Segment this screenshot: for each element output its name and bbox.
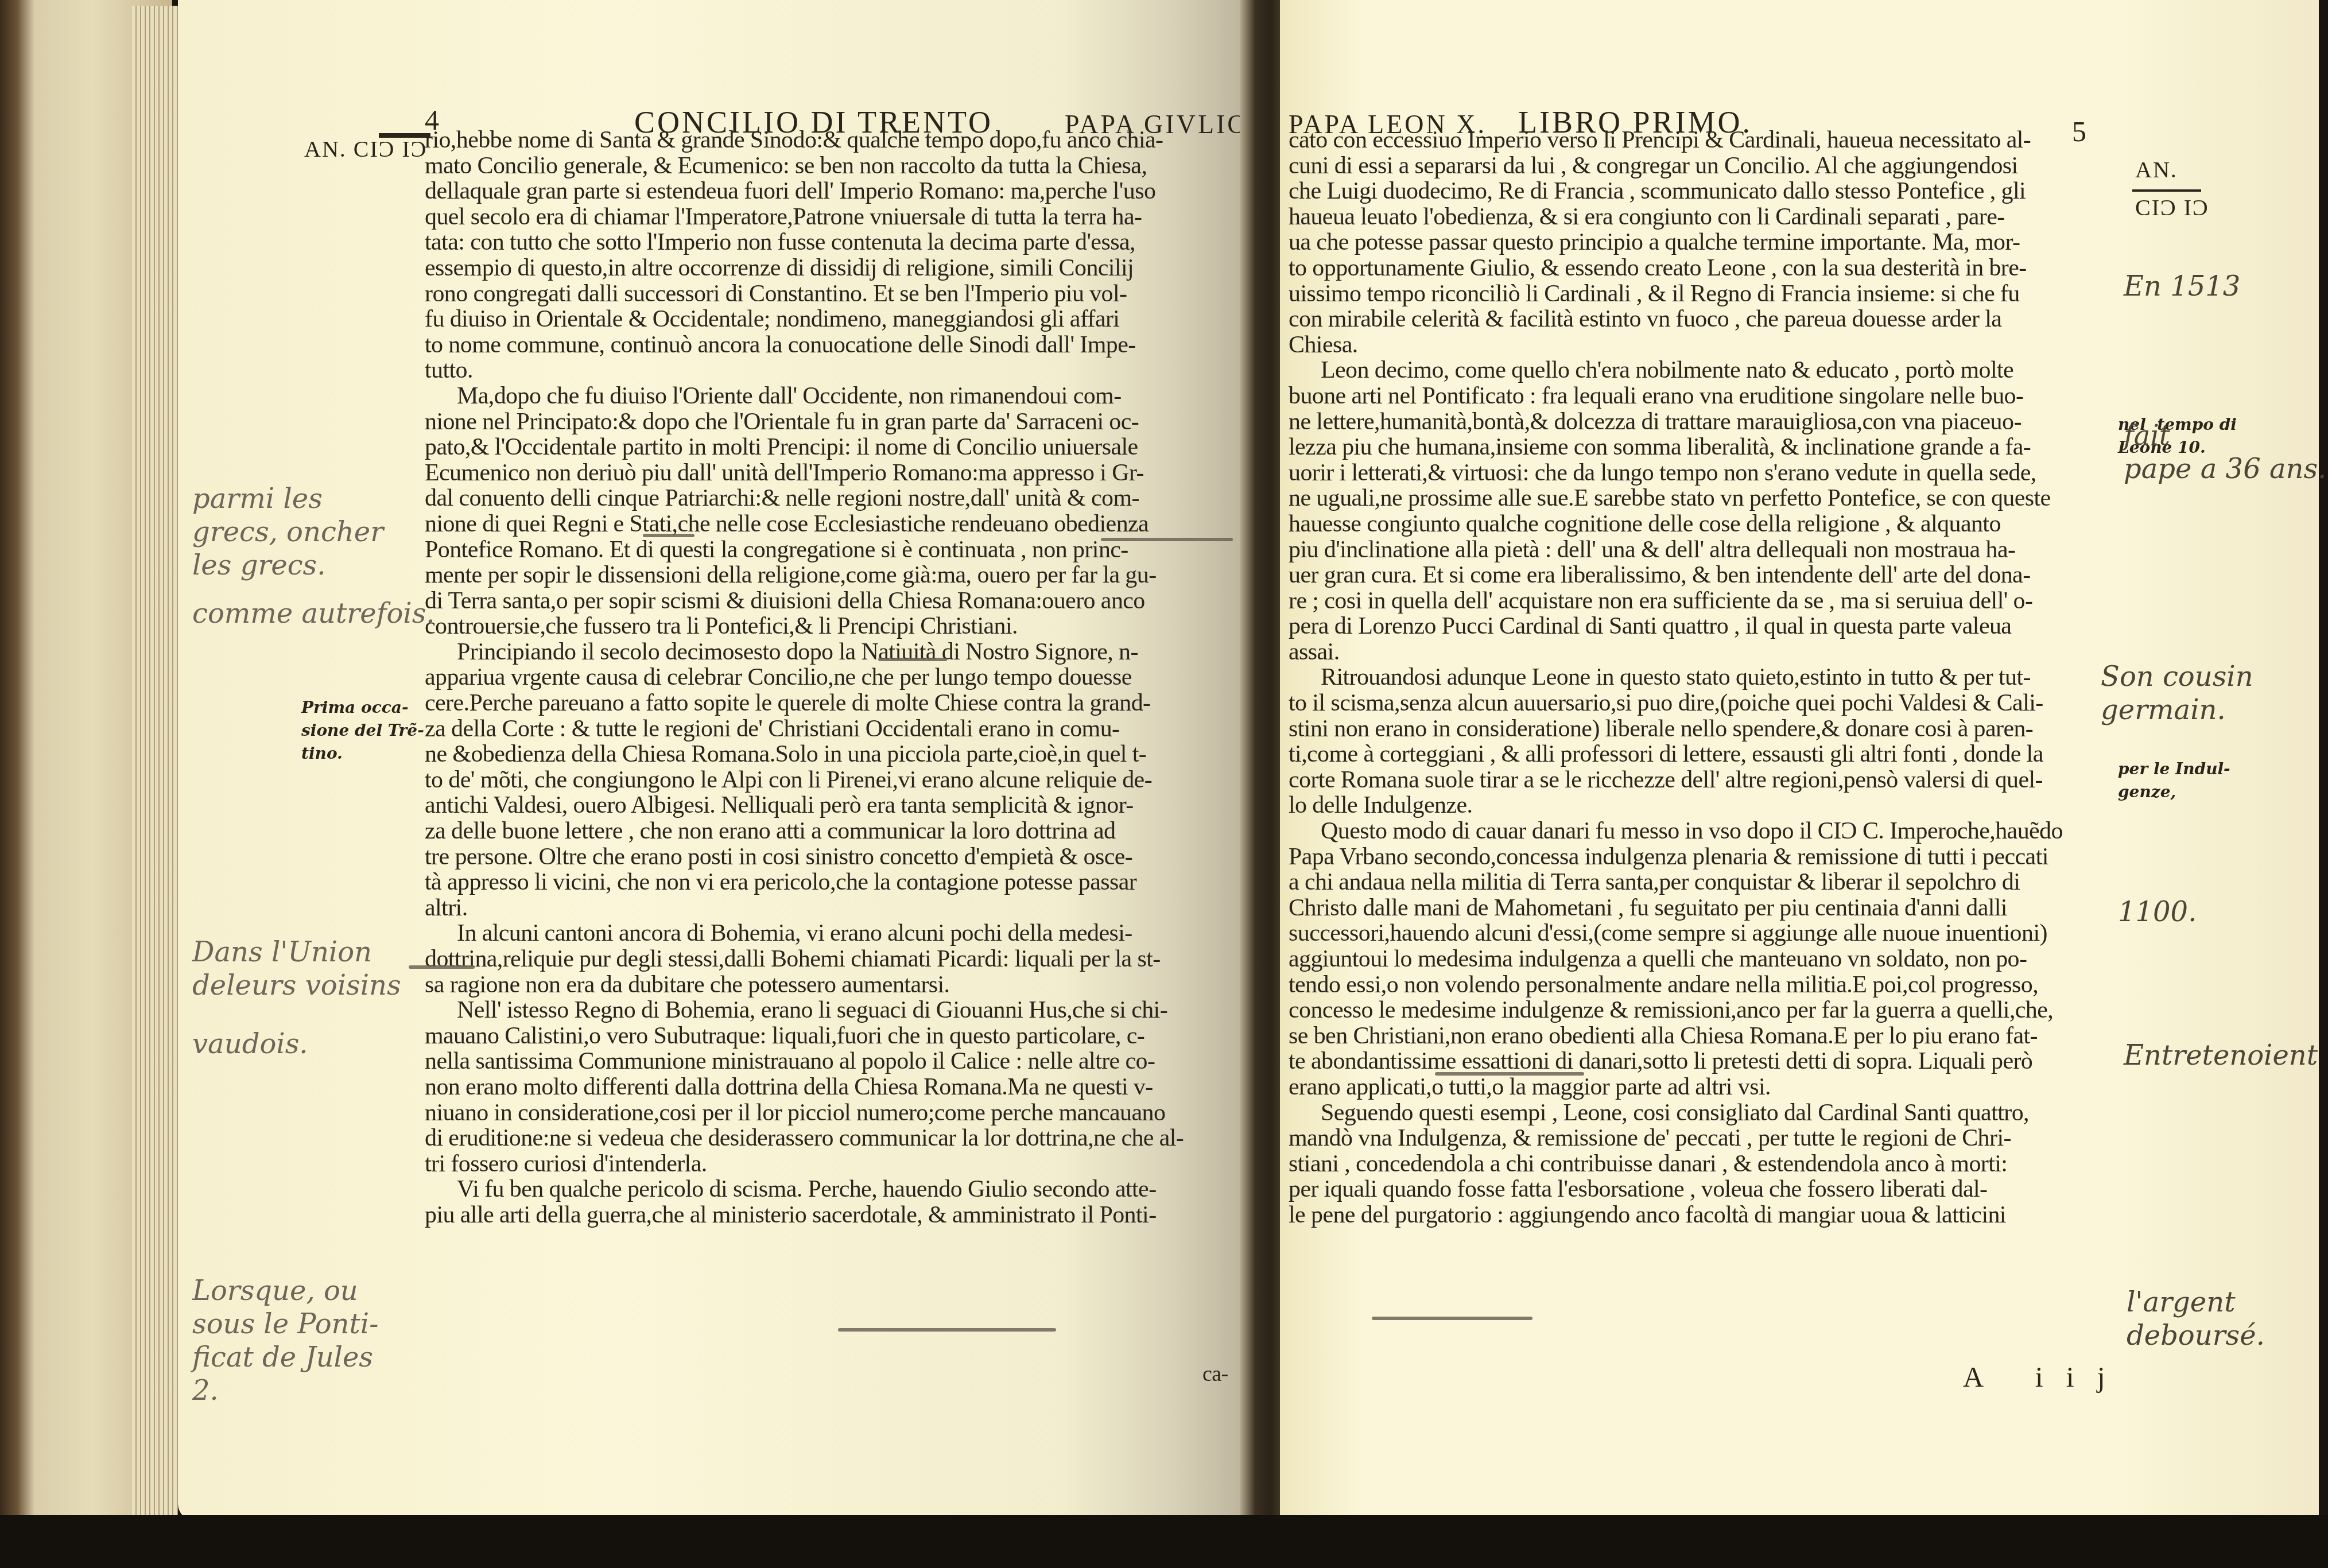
text-line: non erano molto differenti dalla dottrin… xyxy=(425,1074,1240,1100)
text-line: tata: con tutto che sotto l'Imperio non … xyxy=(425,230,1240,255)
text-line: za delle buone lettere , che non erano a… xyxy=(425,818,1240,844)
text-line: niuano in consideratione,cosi per il lor… xyxy=(425,1100,1240,1126)
year-marker-rule xyxy=(2132,189,2201,192)
text-line: assai. xyxy=(1289,639,2115,665)
text-line: to opportunamente Giulio, & essendo crea… xyxy=(1289,255,2115,281)
text-line: buone arti nel Pontificato : fra lequali… xyxy=(1289,383,2115,409)
text-line: tri fossero curiosi d'intenderla. xyxy=(425,1151,1240,1177)
left-page-body-text: rio,hebbe nome di Santa & grande Sinodo:… xyxy=(425,127,1240,1228)
text-line: Questo modo di cauar danari fu messo in … xyxy=(1289,818,2115,844)
text-line: tutto. xyxy=(425,358,1240,383)
text-line: mente per sopir le dissensioni della rel… xyxy=(425,562,1240,588)
text-line: tre persone. Oltre che erano posti in co… xyxy=(425,844,1240,870)
text-line: cuni di essi a separarsi da lui , & cong… xyxy=(1289,153,2115,179)
text-line: nione nel Principato:& dopo che l'Orient… xyxy=(425,409,1240,435)
text-line: quel secolo era di chiamar l'Imperatore,… xyxy=(425,204,1240,230)
text-line: corte Romana suole tirar a se le ricchez… xyxy=(1289,767,2115,793)
handwritten-annotation: Lorsque, ou sous le Ponti- ficat de Jule… xyxy=(192,1274,378,1407)
text-line: Principiando il secolo decimosesto dopo … xyxy=(425,639,1240,665)
text-line: Nell' istesso Regno di Bohemia, erano li… xyxy=(425,998,1240,1023)
text-line: stiani , concedendola a chi contribuisse… xyxy=(1289,1151,2115,1177)
text-line: ti,come à corteggiani , & alli professor… xyxy=(1289,742,2115,767)
text-line: re ; cosi in quella dell' acquistare non… xyxy=(1289,588,2115,614)
text-line: essempio di questo,in altre occorrenze d… xyxy=(425,255,1240,281)
right-year-marker-top: AN. xyxy=(2135,156,2178,183)
right-page-body-text: cato con eccessiuo Imperio verso li Pren… xyxy=(1289,127,2115,1228)
page-stack-edges xyxy=(132,6,178,1521)
handwritten-annotation: comme autrefois. xyxy=(192,597,435,630)
text-line: Christo dalle mani de Mahometani , fu se… xyxy=(1289,895,2115,921)
handwritten-annotation: 1100. xyxy=(2118,895,2197,929)
underline-mark xyxy=(838,1328,1056,1332)
text-line: con mirabile celerità & facilità estinto… xyxy=(1289,306,2115,332)
text-line: ne &obedienza della Chiesa Romana.Solo i… xyxy=(425,742,1240,767)
handwritten-annotation: Son cousin germain. xyxy=(2101,660,2253,727)
text-line: haueua leuato l'obedienza, & si era cong… xyxy=(1289,204,2115,230)
text-line: rono congregati dalli successori di Cons… xyxy=(425,281,1240,307)
text-line: concesso le medesime indulgenze & remiss… xyxy=(1289,998,2115,1023)
text-line: to de' mõti, che congiungono le Alpi con… xyxy=(425,767,1240,793)
open-book-spread: 4 CONCILIO DI TRENTO PAPA GIVLIO AN. CIϽ… xyxy=(0,0,2328,1568)
handwritten-annotation: Entretenoient xyxy=(2124,1039,2318,1072)
text-line: nella santissima Communione ministrauano… xyxy=(425,1049,1240,1074)
handwritten-annotation: fait pape a 36 ans. xyxy=(2124,419,2326,486)
background-table-shadow xyxy=(0,1515,2328,1568)
text-line: ne uguali,ne prossime alle sue.E sarebbe… xyxy=(1289,486,2115,511)
text-line: le pene del purgatorio : aggiungendo anc… xyxy=(1289,1202,2115,1228)
text-line: dottrina,reliquie pur degli stessi,dalli… xyxy=(425,946,1240,972)
handwritten-annotation: l'argent deboursé. xyxy=(2127,1286,2265,1352)
text-line: appariua vrgente causa di celebrar Conci… xyxy=(425,665,1240,690)
text-line: di eruditione:ne si vedeua che desideras… xyxy=(425,1125,1240,1151)
text-line: di Terra santa,o per sopir scismi & diui… xyxy=(425,588,1240,614)
text-line: pera di Lorenzo Pucci Cardinal di Santi … xyxy=(1289,614,2115,639)
text-line: pato,& l'Occidentale partito in molti Pr… xyxy=(425,434,1240,460)
underline-mark xyxy=(643,534,694,537)
text-line: Ma,dopo che fu diuiso l'Oriente dall' Oc… xyxy=(425,383,1240,409)
text-line: te abondantissime essattioni di danari,s… xyxy=(1289,1049,2115,1074)
text-line: sa ragione non era da dubitare che potes… xyxy=(425,972,1240,998)
text-line: tendo essi,o non volendo personalmente a… xyxy=(1289,972,2115,998)
text-line: Papa Vrbano secondo,concessa indulgenza … xyxy=(1289,844,2115,870)
text-line: za della Corte : & tutte le regioni de' … xyxy=(425,716,1240,742)
text-line: altri. xyxy=(425,895,1240,921)
text-line: uer gran cura. Et si come era liberaliss… xyxy=(1289,562,2115,588)
left-catchword: ca- xyxy=(1202,1361,1228,1387)
printed-sidenote: per le Indul- genze, xyxy=(2118,758,2230,804)
text-line: mandò vna Indulgenza, & remissione de' p… xyxy=(1289,1125,2115,1151)
text-line: erano applicati,o tutti,o la maggior par… xyxy=(1289,1074,2115,1100)
text-line: uissimo tempo riconciliò li Cardinali , … xyxy=(1289,281,2115,307)
text-line: controuersie,che fussero tra li Pontefic… xyxy=(425,614,1240,639)
underline-mark xyxy=(1435,1072,1584,1076)
text-line: dal conuento delli cinque Patriarchi:& n… xyxy=(425,486,1240,511)
text-line: fu diuiso in Orientale & Occidentale; no… xyxy=(425,306,1240,332)
text-line: Ritrouandosi adunque Leone in questo sta… xyxy=(1289,665,2115,690)
text-line: mato Concilio generale, & Ecumenico: se … xyxy=(425,153,1240,179)
text-line: tà appresso li vicini, che non vi era pe… xyxy=(425,870,1240,895)
left-year-marker: AN. CIϽ IϽ xyxy=(304,135,427,162)
text-line: ua che potesse passar questo principio a… xyxy=(1289,230,2115,255)
text-line: dellaquale gran parte si estendeua fuori… xyxy=(425,178,1240,204)
text-line: to nome commune, continuò ancora la conu… xyxy=(425,332,1240,358)
text-line: lezza piu che humana,insieme con somma l… xyxy=(1289,434,2115,460)
left-printed-sidenote: Prima occa- sione del Trẽ- tino. xyxy=(301,696,424,765)
text-line: Ecumenico non deriuò piu dall' unità del… xyxy=(425,460,1240,486)
text-line: hauesse congiunto qualche cognitione del… xyxy=(1289,511,2115,537)
text-line: cato con eccessiuo Imperio verso li Pren… xyxy=(1289,127,2115,153)
handwritten-annotation: Dans l'Union deleurs voisins xyxy=(192,936,401,1002)
text-line: mauano Calistini,o vero Subutraque: liqu… xyxy=(425,1023,1240,1049)
underline-mark xyxy=(409,965,475,969)
text-line: In alcuni cantoni ancora di Bohemia, vi … xyxy=(425,921,1240,946)
handwritten-annotation: vaudois. xyxy=(192,1027,308,1061)
text-line: Vi fu ben qualche pericolo di scisma. Pe… xyxy=(425,1177,1240,1202)
text-line: piu alle arti della guerra,che al minist… xyxy=(425,1202,1240,1228)
underline-mark xyxy=(1101,538,1233,541)
text-line: nione di quei Regni e Stati,che nelle co… xyxy=(425,511,1240,537)
text-line: Chiesa. xyxy=(1289,332,2115,358)
text-line: cere.Perche pareuano a fatto sopite le q… xyxy=(425,690,1240,716)
underline-mark xyxy=(1372,1317,1532,1320)
right-year-marker-bottom: CIϽ IϽ xyxy=(2135,194,2209,221)
text-line: Seguendo questi esempi , Leone, cosi con… xyxy=(1289,1100,2115,1126)
text-line: per iquali quando fosse fatta l'esborsat… xyxy=(1289,1177,2115,1202)
text-line: to il scisma,senza alcun auuersario,si p… xyxy=(1289,690,2115,716)
text-line: stini non erano in consideratione) liber… xyxy=(1289,716,2115,742)
text-line: ne lettere,humanità,bontà,& dolcezza di … xyxy=(1289,409,2115,435)
text-line: successori,hauendo alcuni d'essi,(come s… xyxy=(1289,921,2115,946)
text-line: lo delle Indulgenze. xyxy=(1289,793,2115,818)
text-line: rio,hebbe nome di Santa & grande Sinodo:… xyxy=(425,127,1240,153)
signature-mark: A iij xyxy=(1963,1360,2128,1394)
text-line: uorir i letterati,& virtuosi: che da lun… xyxy=(1289,460,2115,486)
text-line: piu d'inclinatione alla pietà : dell' un… xyxy=(1289,537,2115,563)
handwritten-annotation: En 1513 xyxy=(2124,270,2240,303)
text-line: antichi Valdesi, ouero Albigesi. Nelliqu… xyxy=(425,793,1240,818)
text-line: aggiuntoui lo medesima indulgenza a quel… xyxy=(1289,946,2115,972)
text-line: se ben Christiani,non erano obedienti al… xyxy=(1289,1023,2115,1049)
text-line: Leon decimo, come quello ch'era nobilmen… xyxy=(1289,358,2115,383)
text-line: a chi andaua nella militia di Terra sant… xyxy=(1289,870,2115,895)
text-line: che Luigi duodecimo, Re di Francia , sco… xyxy=(1289,178,2115,204)
underline-mark xyxy=(878,658,947,661)
handwritten-annotation: parmi les grecs, oncher les grecs. xyxy=(192,482,383,582)
